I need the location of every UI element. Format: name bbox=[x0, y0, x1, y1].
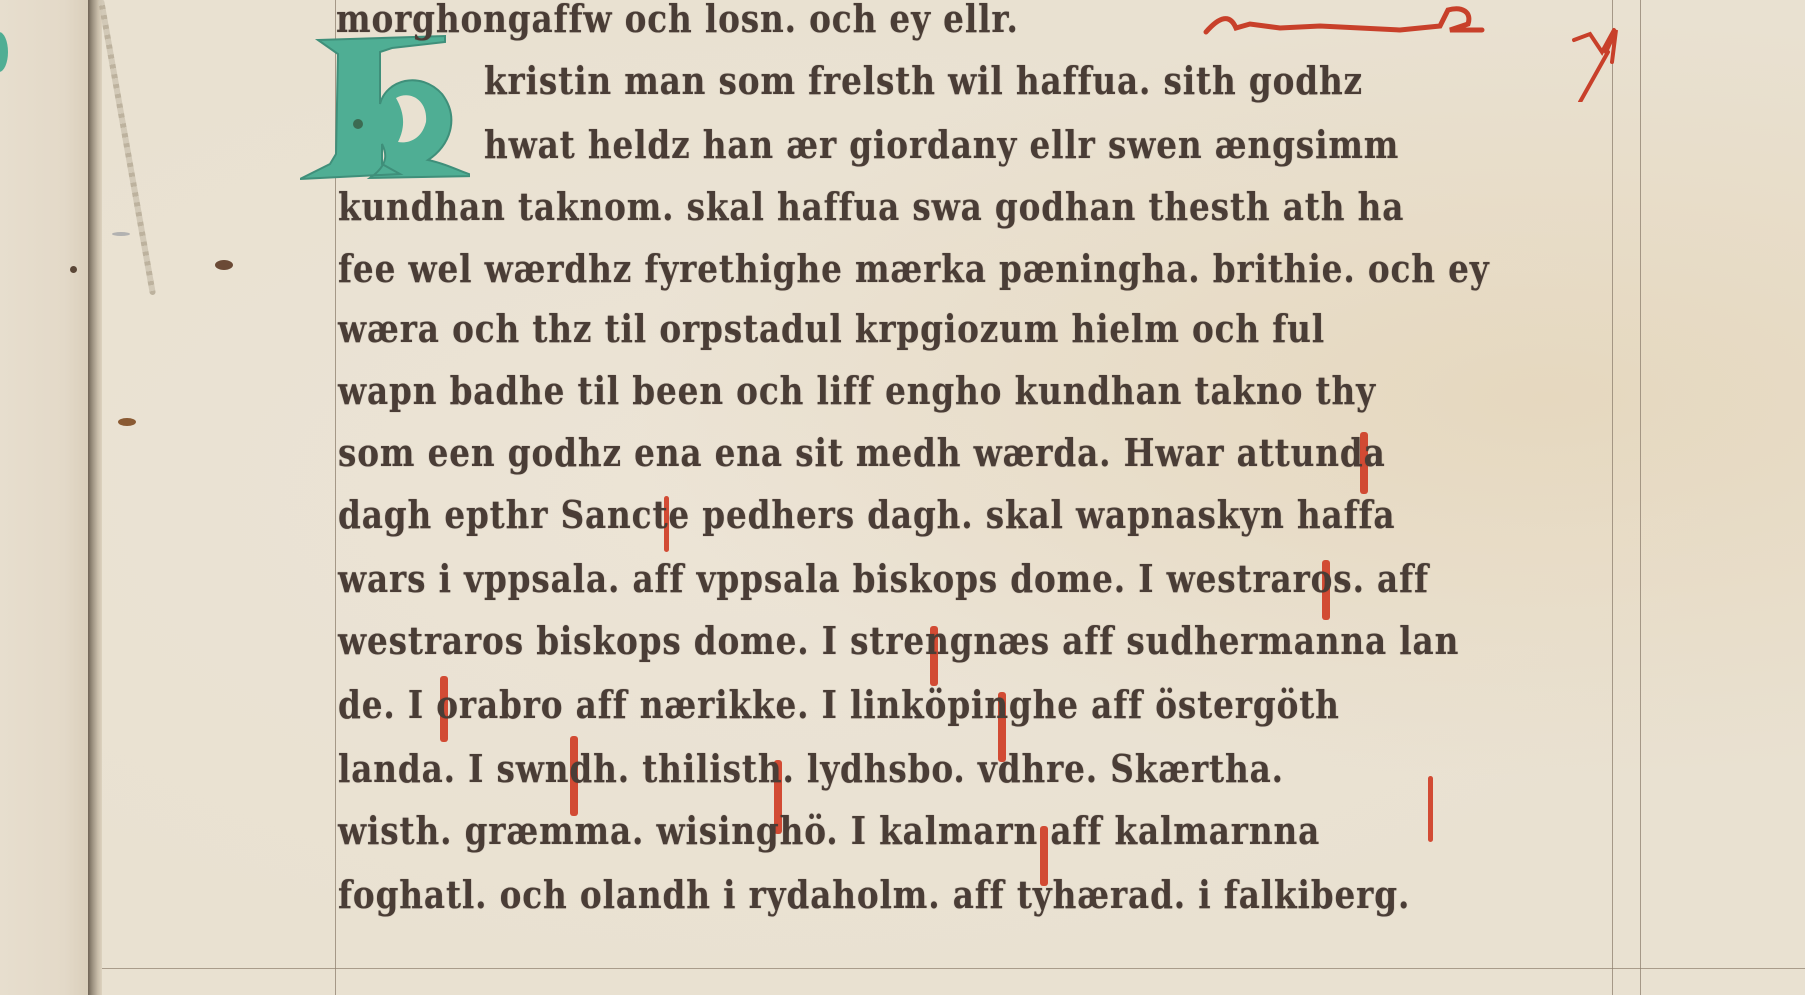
text-line-6: wæra och thz til orpstadul krpgiozum hie… bbox=[338, 306, 1325, 351]
text-line-5: fee wel wærdhz fyrethighe mærka pæningha… bbox=[338, 246, 1490, 291]
initial-fragment bbox=[0, 32, 8, 72]
text-line-9: dagh epthr Sancte pedhers dagh. skal wap… bbox=[338, 492, 1395, 537]
text-line-3: hwat heldz han ær giordany ellr swen æng… bbox=[484, 122, 1399, 167]
text-line-4: kundhan taknom. skal haffua swa godhan t… bbox=[338, 184, 1404, 229]
text-line-10: wars i vppsala. aff vppsala biskops dome… bbox=[338, 556, 1429, 601]
left-facing-page bbox=[0, 0, 92, 995]
text-line-15: foghatl. och olandh i rydaholm. aff tyhæ… bbox=[338, 872, 1410, 917]
text-line-14: wisth. græmma. wisinghö. I kalmarn aff k… bbox=[338, 808, 1320, 853]
text-block: morghongaffw och losn. och ey ellr. kris… bbox=[338, 0, 1768, 995]
ink-speck bbox=[70, 266, 77, 273]
ink-stain bbox=[118, 418, 136, 426]
text-line-1: morghongaffw och losn. och ey ellr. bbox=[336, 0, 1019, 41]
text-line-7: wapn badhe til been och liff engho kundh… bbox=[338, 368, 1376, 413]
text-line-11: westraros biskops dome. I strengnæs aff … bbox=[338, 618, 1459, 663]
ink-stain bbox=[215, 260, 233, 270]
text-line-13: landa. I swndh. thilisth. lydhsbo. vdhre… bbox=[338, 746, 1284, 791]
manuscript-viewport: morghongaffw och losn. och ey ellr. kris… bbox=[0, 0, 1805, 995]
text-line-12: de. I orabro aff nærikke. I linköpinghe … bbox=[338, 682, 1340, 727]
text-line-8: som een godhz ena ena sit medh wærda. Hw… bbox=[338, 430, 1386, 475]
ink-stain bbox=[112, 232, 130, 236]
text-line-2: kristin man som frelsth wil haffua. sith… bbox=[484, 58, 1363, 103]
binding-gutter bbox=[88, 0, 102, 995]
